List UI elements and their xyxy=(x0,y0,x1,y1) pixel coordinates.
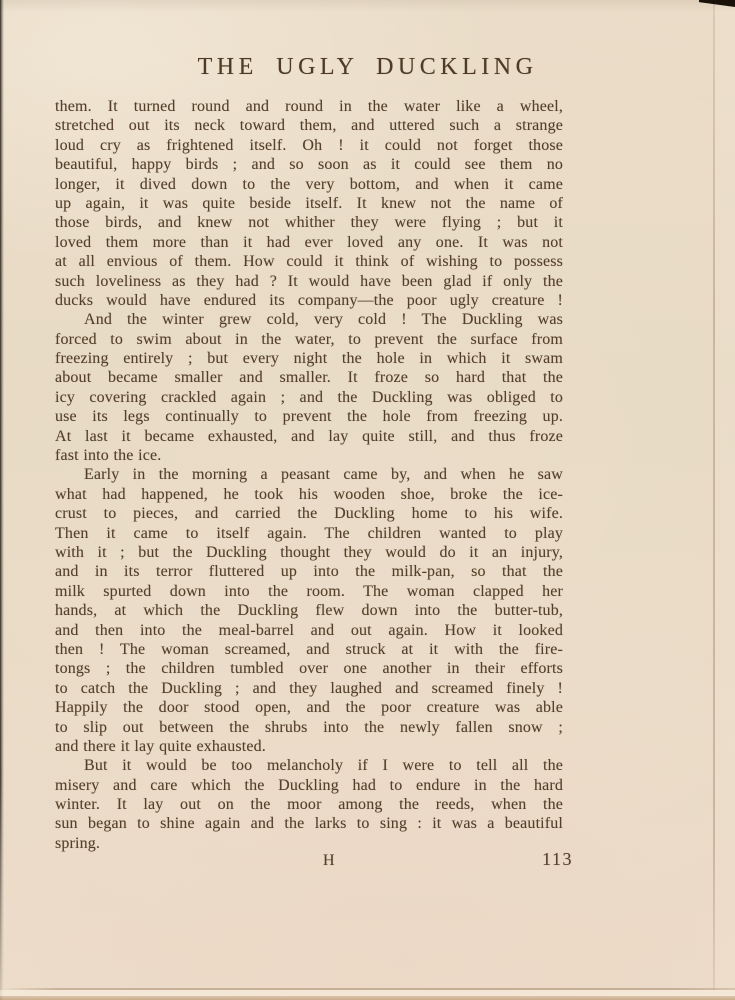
text-line: tongs ; the children tumbled over one an… xyxy=(55,659,563,678)
book-page-scan: THE UGLY DUCKLING them. It turned round … xyxy=(0,0,735,1000)
text-line: then ! The woman screamed, and struck at… xyxy=(55,640,563,659)
page-title: THE UGLY DUCKLING xyxy=(0,52,735,82)
text-line: winter. It lay out on the moor among the… xyxy=(55,795,563,814)
text-line: at all envious of them. How could it thi… xyxy=(55,252,563,271)
text-line: sun began to shine again and the larks t… xyxy=(55,814,563,833)
text-line: them. It turned round and round in the w… xyxy=(55,97,563,116)
text-line: such loveliness as they had ? It would h… xyxy=(55,272,563,291)
paragraph: But it would be too melancholy if I were… xyxy=(55,756,563,853)
text-line: Happily the door stood open, and the poo… xyxy=(55,698,563,717)
text-line: longer, it dived down to the very bottom… xyxy=(55,175,563,194)
text-line: forced to swim about in the water, to pr… xyxy=(55,330,563,349)
text-line: with it ; but the Duckling thought they … xyxy=(55,543,563,562)
text-line: and in its terror fluttered up into the … xyxy=(55,562,563,581)
page-footer: H 113 xyxy=(55,849,563,875)
text-line: Then it came to itself again. The childr… xyxy=(55,524,563,543)
text-line: those birds, and knew not whither they w… xyxy=(55,213,563,232)
text-line: freezing entirely ; but every night the … xyxy=(55,349,563,368)
signature-mark: H xyxy=(323,852,335,870)
page-top-shadow xyxy=(0,0,735,12)
text-line: hands, at which the Duckling flew down i… xyxy=(55,601,563,620)
text-line: But it would be too melancholy if I were… xyxy=(55,756,563,775)
paragraph: And the winter grew cold, very cold ! Th… xyxy=(55,310,563,465)
text-line: to catch the Duckling ; and they laughed… xyxy=(55,679,563,698)
text-line: icy covering crackled again ; and the Du… xyxy=(55,388,563,407)
text-line: use its legs continually to prevent the … xyxy=(55,407,563,426)
text-line: up again, it was quite beside itself. It… xyxy=(55,194,563,213)
paragraph: them. It turned round and round in the w… xyxy=(55,97,563,310)
page-bottom-edge-shadow xyxy=(0,996,735,1000)
text-line: to slip out between the shrubs into the … xyxy=(55,718,563,737)
text-line: what had happened, he took his wooden sh… xyxy=(55,485,563,504)
book-gutter-edge-fade xyxy=(0,780,6,1000)
text-line: At last it became exhausted, and lay qui… xyxy=(55,427,563,446)
text-line: about became smaller and smaller. It fro… xyxy=(55,368,563,387)
text-line: crust to pieces, and carried the Ducklin… xyxy=(55,504,563,523)
paragraph: Early in the morning a peasant came by, … xyxy=(55,465,563,756)
text-line: Early in the morning a peasant came by, … xyxy=(55,465,563,484)
text-line: fast into the ice. xyxy=(55,446,563,465)
text-block: them. It turned round and round in the w… xyxy=(55,97,563,853)
text-line: loved them more than it had ever loved a… xyxy=(55,233,563,252)
text-line: milk spurted down into the room. The wom… xyxy=(55,582,563,601)
text-line: stretched out its neck toward them, and … xyxy=(55,116,563,135)
page-right-margin-highlight xyxy=(715,0,735,990)
text-line: misery and care which the Duckling had t… xyxy=(55,776,563,795)
text-line: and there it lay quite exhausted. xyxy=(55,737,563,756)
page-number: 113 xyxy=(542,849,573,870)
text-line: ducks would have endured its company—the… xyxy=(55,291,563,310)
text-line: And the winter grew cold, very cold ! Th… xyxy=(55,310,563,329)
text-line: and then into the meal-barrel and out ag… xyxy=(55,621,563,640)
text-line: beautiful, happy birds ; and so soon as … xyxy=(55,155,563,174)
text-line: loud cry as frightened itself. Oh ! it c… xyxy=(55,136,563,155)
